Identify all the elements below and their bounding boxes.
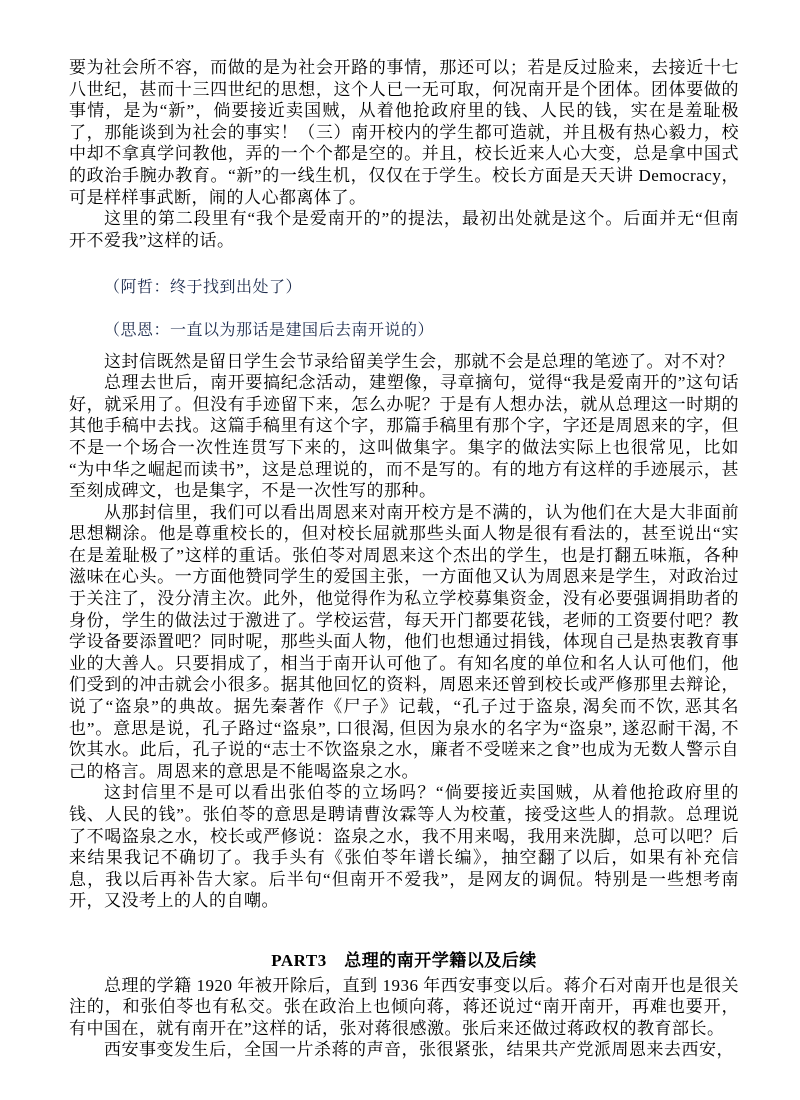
body-paragraph: 这封信既然是留日学生会节录给留美学生会，那就不会是总理的笔迹了。对不对？ [69, 351, 739, 373]
body-paragraph: 总理的学籍 1920 年被开除后，直到 1936 年西安事变以后。蒋介石对南开也… [69, 975, 739, 1040]
document-content: 要为社会所不容，而做的是为社会开路的事情，那还可以；若是反过脸来，去接近十七八世… [69, 57, 739, 1061]
body-paragraph: 总理去世后，南开要搞纪念活动，建塑像，寻章摘句，觉得“我是爱南开的”这句话好，就… [69, 372, 739, 502]
body-paragraph: 要为社会所不容，而做的是为社会开路的事情，那还可以；若是反过脸来，去接近十七八世… [69, 57, 739, 208]
body-paragraph: 这里的第二段里有“我个是爱南开的”的提法，最初出处就是这个。后面并无“但南开不爱… [69, 208, 739, 251]
section-heading: PART3 总理的南开学籍以及后续 [69, 950, 739, 972]
body-paragraph: 西安事变发生后，全国一片杀蒋的声音，张很紧张，结果共产党派周恩来去西安， [69, 1039, 739, 1061]
body-paragraph: 从那封信里，我们可以看出周恩来对南开校方是不满的，认为他们在大是大非面前思想糊涂… [69, 502, 739, 783]
body-paragraph: 这封信里不是可以看出张伯苓的立场吗？“倘要接近卖国贼，从着他抢政府里的钱、人民的… [69, 782, 739, 912]
document-page: 要为社会所不容，而做的是为社会开路的事情，那还可以；若是反过脸来，去接近十七八世… [0, 0, 800, 1100]
annotation-note: （阿哲：终于找到出处了） [69, 277, 739, 299]
annotation-note: （思恩：一直以为那话是建国后去南开说的） [69, 320, 739, 342]
